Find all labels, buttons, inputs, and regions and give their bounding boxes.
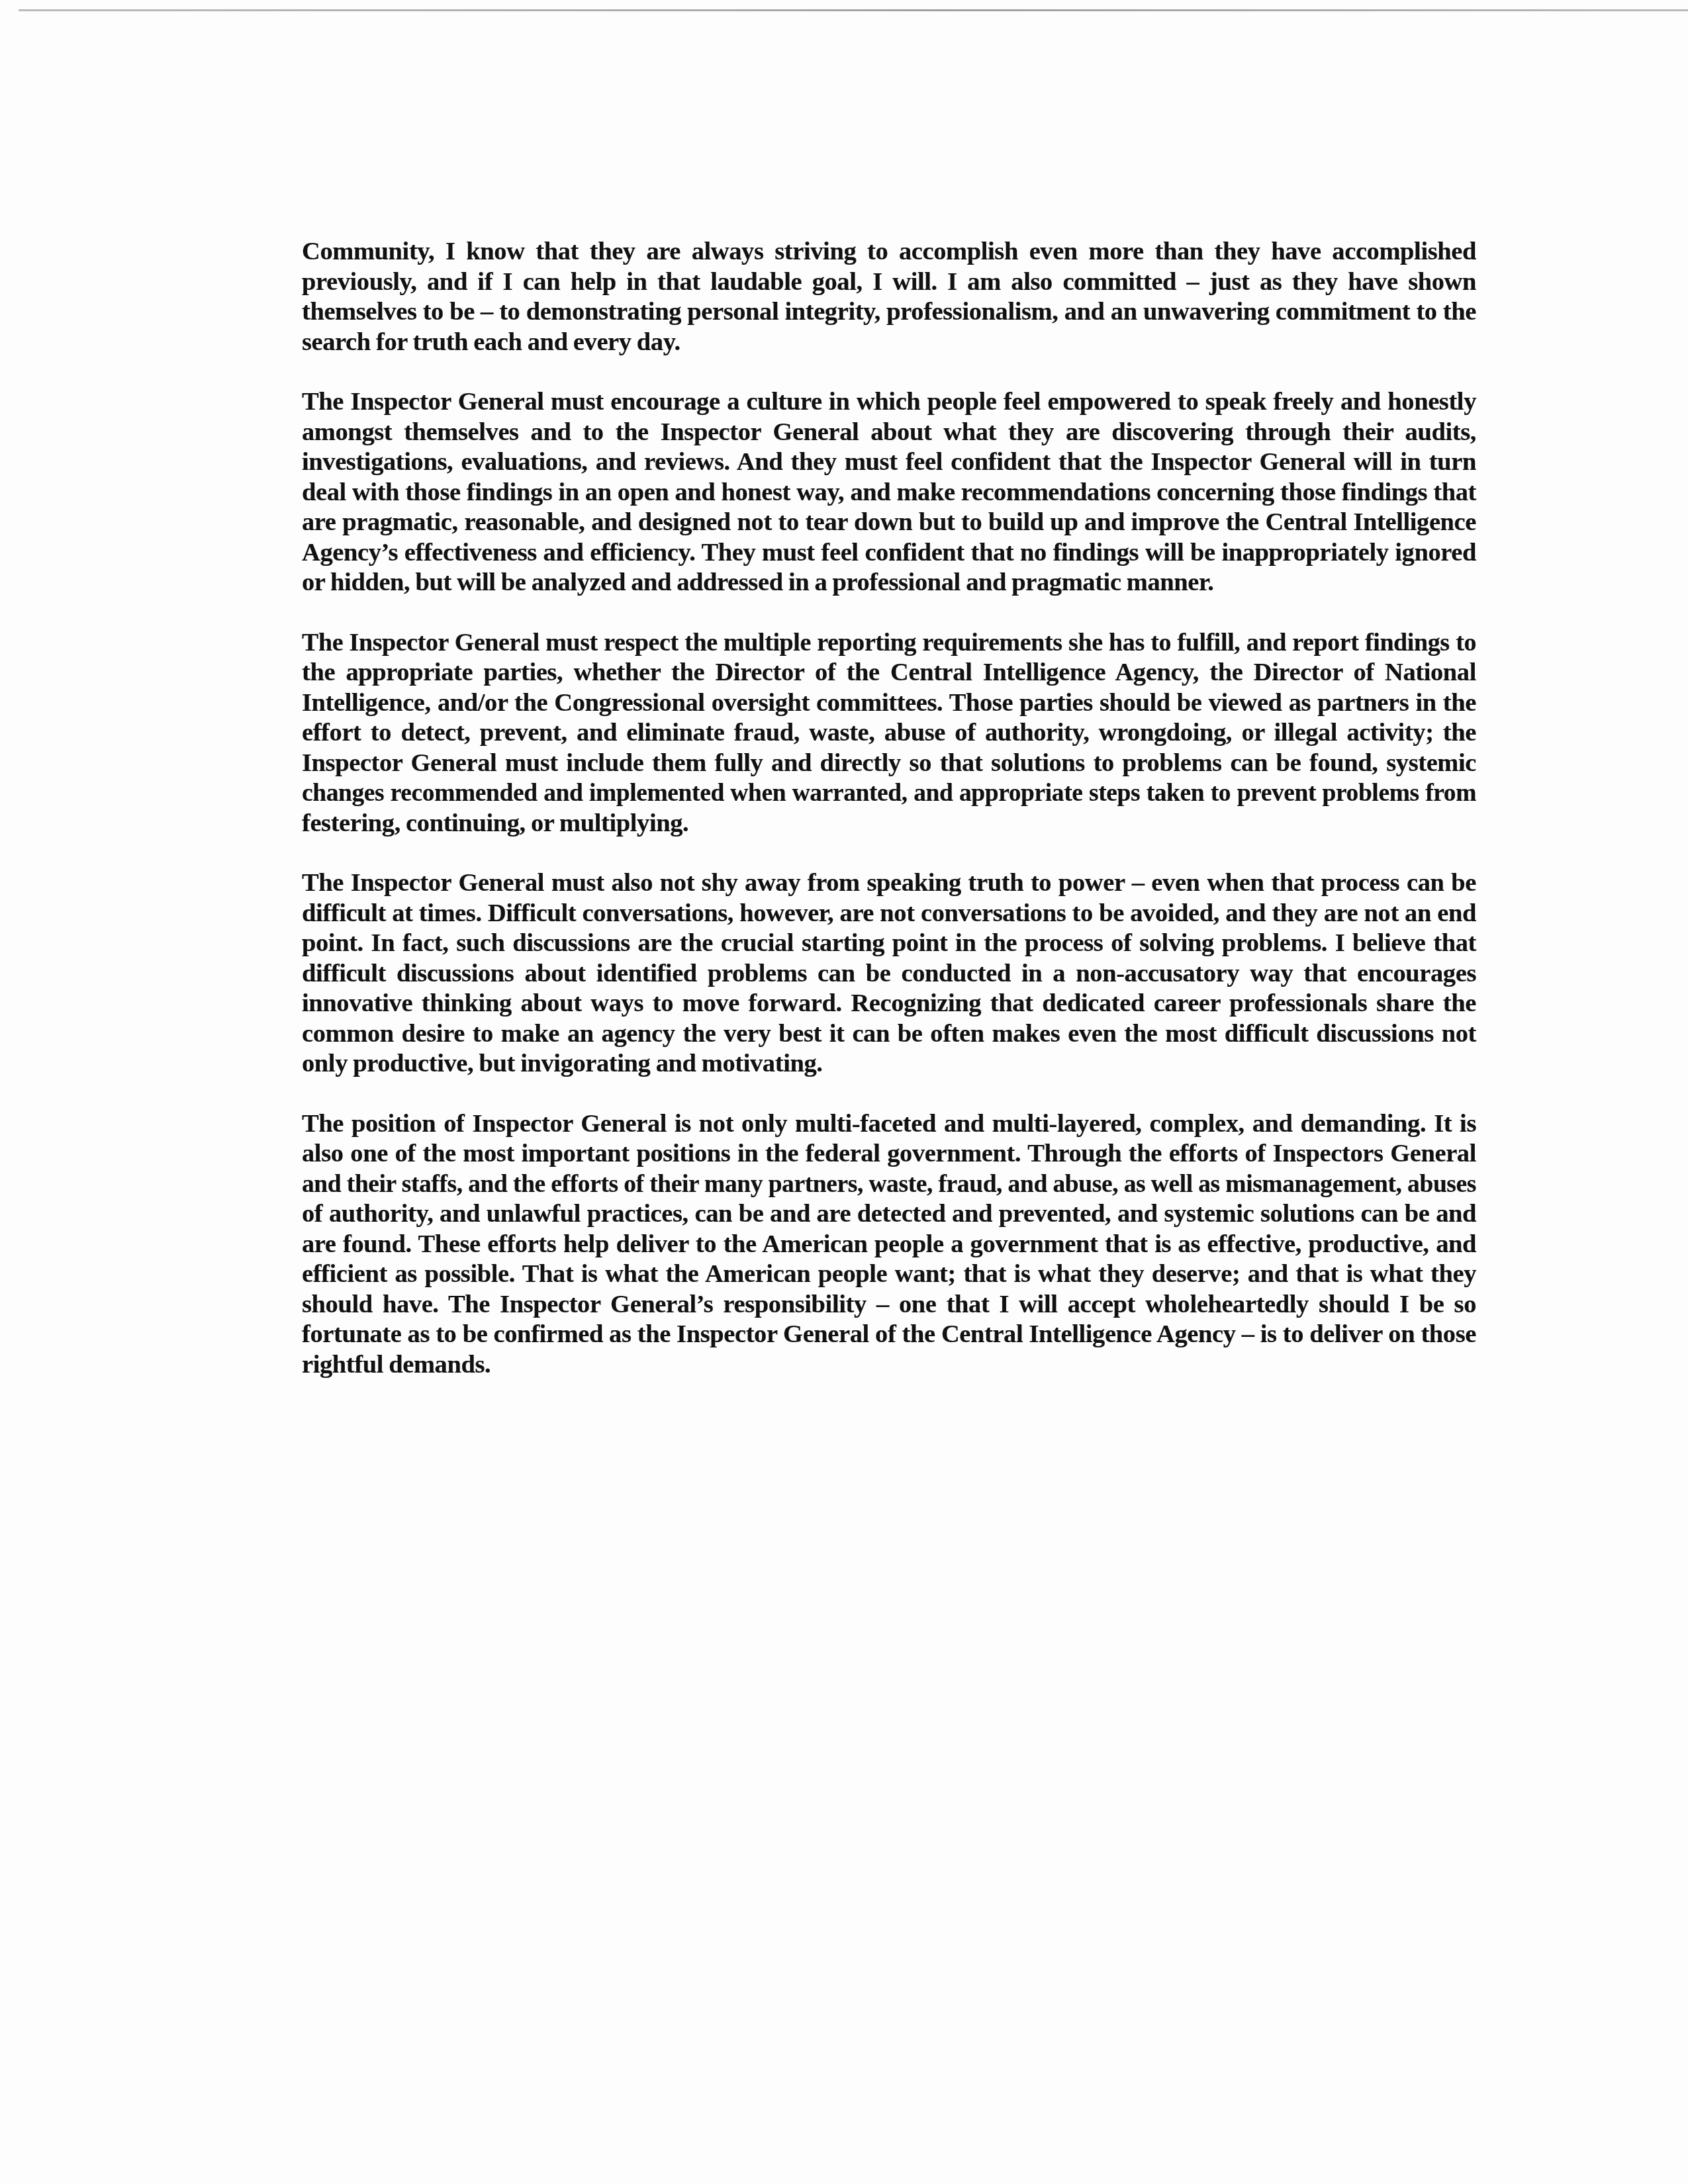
text-line: effort to detect, prevent, and eliminate… [302,718,1476,749]
text-line: investigations, evaluations, and reviews… [302,447,1476,478]
text-line: amongst themselves and to the Inspector … [302,418,1476,448]
text-line: changes recommended and implemented when… [302,778,1476,809]
text-line: common desire to make an agency the very… [302,1019,1476,1050]
text-line: rightful demands. [302,1350,1476,1381]
text-line: the appropriate parties, whether the Dir… [302,658,1476,688]
text-line: only productive, but invigorating and mo… [302,1049,1476,1079]
text-line: also one of the most important positions… [302,1139,1476,1169]
text-line: should have. The Inspector General’s res… [302,1290,1476,1320]
text-line: Intelligence, and/or the Congressional o… [302,688,1476,719]
text-line: The Inspector General must encourage a c… [302,387,1476,418]
text-line: or hidden, but will be analyzed and addr… [302,568,1476,598]
document-body: Community, I know that they are always s… [302,237,1476,1410]
text-line: are found. These efforts help deliver to… [302,1230,1476,1260]
text-line: search for truth each and every day. [302,328,1476,358]
text-line: Agency’s effectiveness and efficiency. T… [302,538,1476,569]
text-line: themselves to be – to demonstrating pers… [302,297,1476,328]
text-line: innovative thinking about ways to move f… [302,989,1476,1019]
text-line: point. In fact, such discussions are the… [302,929,1476,959]
text-line: The Inspector General must also not shy … [302,868,1476,899]
text-line: are pragmatic, reasonable, and designed … [302,508,1476,538]
text-line: previously, and if I can help in that la… [302,267,1476,298]
text-line: difficult discussions about identified p… [302,959,1476,989]
text-line: fortunate as to be confirmed as the Insp… [302,1320,1476,1350]
text-line: of authority, and unlawful practices, ca… [302,1199,1476,1230]
paragraph-2: The Inspector General must encourage a c… [302,387,1476,598]
paragraph-3: The Inspector General must respect the m… [302,628,1476,839]
text-line: and their staffs, and the efforts of the… [302,1169,1476,1200]
text-line: Inspector General must include them full… [302,749,1476,779]
text-line: Community, I know that they are always s… [302,237,1476,267]
text-line: deal with those findings in an open and … [302,478,1476,508]
text-line: efficient as possible. That is what the … [302,1259,1476,1290]
text-line: The position of Inspector General is not… [302,1109,1476,1140]
paragraph-1: Community, I know that they are always s… [302,237,1476,357]
paragraph-5: The position of Inspector General is not… [302,1109,1476,1381]
text-line: The Inspector General must respect the m… [302,628,1476,659]
paragraph-4: The Inspector General must also not shy … [302,868,1476,1079]
text-line: difficult at times. Difficult conversati… [302,899,1476,929]
scan-edge-line [19,9,1688,11]
text-line: festering, continuing, or multiplying. [302,809,1476,839]
